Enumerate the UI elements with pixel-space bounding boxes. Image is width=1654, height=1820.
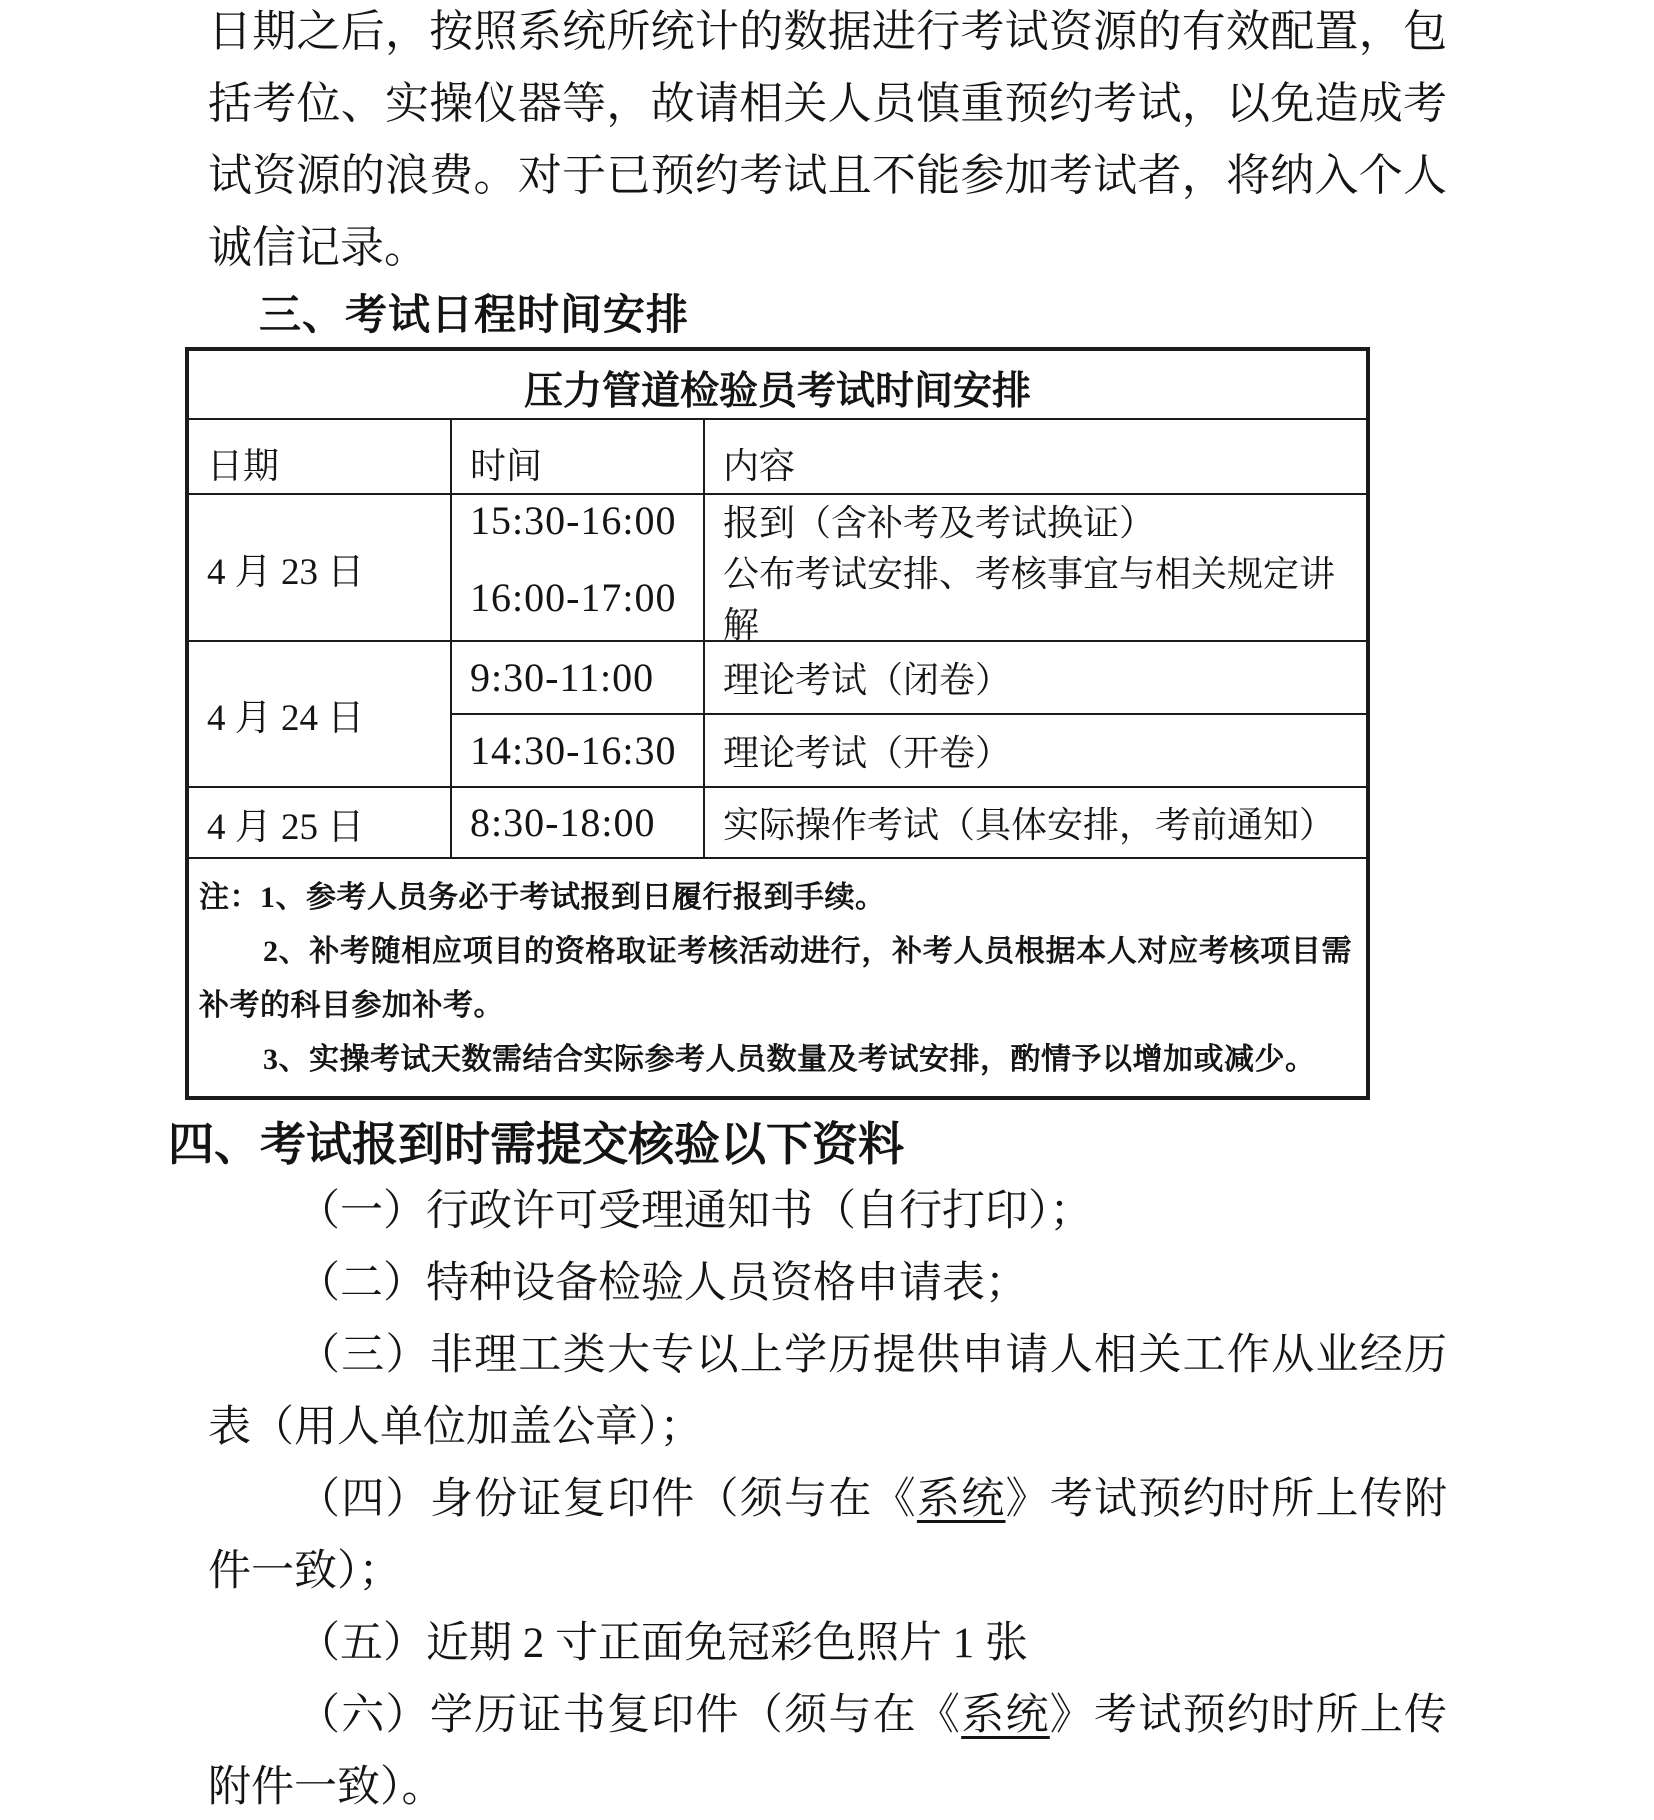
column-header-content: 内容 [705, 420, 1366, 493]
time-cell: 9:30-11:00 [452, 642, 705, 713]
material-item-line: （六）学历证书复印件（须与在《系统》考试预约时所上传 [208, 1680, 1447, 1752]
section-4-heading: 四、考试报到时需提交核验以下资料 [168, 1116, 904, 1172]
table-row-april-25: 4 月 25 日 8:30-18:00 实际操作考试（具体安排，考前通知） [189, 788, 1366, 859]
paragraph-line: 试资源的浪费。对于已预约考试且不能参加考试者，将纳入个人 [208, 140, 1447, 212]
material-item-line: 附件一致）。 [208, 1752, 1447, 1820]
slot: 15:30-16:00 报到（含补考及考试换证） [452, 495, 1366, 546]
note-line: 2、补考随相应项目的资格取证考核活动进行，补考人员根据本人对应考核项目需 [199, 925, 1352, 979]
material-item-line: （二）特种设备检验人员资格申请表； [208, 1248, 1447, 1320]
row-slots: 8:30-18:00 实际操作考试（具体安排，考前通知） [452, 788, 1366, 857]
material-item-line: （一）行政许可受理通知书（自行打印）； [208, 1176, 1447, 1248]
material-item-line: （四）身份证复印件（须与在《系统》考试预约时所上传附 [208, 1464, 1447, 1536]
content-cell: 理论考试（开卷） [705, 715, 1366, 786]
table-notes: 注：1、参考人员务必于考试报到日履行报到手续。 2、补考随相应项目的资格取证考核… [189, 859, 1366, 1096]
note-line: 注：1、参考人员务必于考试报到日履行报到手续。 [199, 871, 1352, 925]
slot: 9:30-11:00 理论考试（闭卷） [452, 642, 1366, 713]
column-header-date: 日期 [189, 420, 452, 493]
content-cell: 公布考试安排、考核事宜与相关规定讲解 [705, 546, 1366, 648]
paragraph-line: 日期之后，按照系统所统计的数据进行考试资源的有效配置，包 [208, 0, 1447, 68]
table-row-april-24: 4 月 24 日 9:30-11:00 理论考试（闭卷） 14:30-16:30… [189, 642, 1366, 788]
column-header-time: 时间 [452, 420, 705, 493]
materials-list: （一）行政许可受理通知书（自行打印）； （二）特种设备检验人员资格申请表； （三… [208, 1176, 1447, 1820]
table-row-april-23: 4 月 23 日 15:30-16:00 报到（含补考及考试换证） 16:00-… [189, 495, 1366, 642]
material-item-line: 件一致）； [208, 1536, 1447, 1608]
intro-paragraph: 日期之后，按照系统所统计的数据进行考试资源的有效配置，包 括考位、实操仪器等，故… [208, 0, 1447, 284]
table-header-row: 日期 时间 内容 [189, 420, 1366, 495]
time-cell: 15:30-16:00 [452, 495, 705, 546]
material-item-line: （五）近期 2 寸正面免冠彩色照片 1 张 [208, 1608, 1447, 1680]
date-cell: 4 月 24 日 [189, 642, 452, 786]
table-title: 压力管道检验员考试时间安排 [189, 351, 1366, 420]
time-cell: 8:30-18:00 [452, 788, 705, 857]
note-line: 3、实操考试天数需结合实际参考人员数量及考试安排，酌情予以增加或减少。 [199, 1033, 1352, 1087]
date-cell: 4 月 25 日 [189, 788, 452, 857]
time-cell: 14:30-16:30 [452, 715, 705, 786]
row-slots: 15:30-16:00 报到（含补考及考试换证） 16:00-17:00 公布考… [452, 495, 1366, 640]
paragraph-line: 括考位、实操仪器等，故请相关人员慎重预约考试，以免造成考 [208, 68, 1447, 140]
time-cell: 16:00-17:00 [452, 546, 705, 648]
exam-schedule-table: 压力管道检验员考试时间安排 日期 时间 内容 4 月 23 日 15:30-16… [185, 347, 1370, 1100]
material-item-line: （三）非理工类大专以上学历提供申请人相关工作从业经历 [208, 1320, 1447, 1392]
slot: 8:30-18:00 实际操作考试（具体安排，考前通知） [452, 788, 1366, 857]
content-cell: 报到（含补考及考试换证） [705, 495, 1366, 546]
slot: 14:30-16:30 理论考试（开卷） [452, 713, 1366, 786]
date-cell: 4 月 23 日 [189, 495, 452, 640]
content-cell: 实际操作考试（具体安排，考前通知） [705, 788, 1366, 857]
material-item-line: 表（用人单位加盖公章）； [208, 1392, 1447, 1464]
note-line: 补考的科目参加补考。 [199, 979, 1352, 1033]
section-3-heading: 三、考试日程时间安排 [259, 289, 689, 341]
paragraph-line: 诚信记录。 [208, 212, 1447, 284]
content-cell: 理论考试（闭卷） [705, 642, 1366, 713]
row-slots: 9:30-11:00 理论考试（闭卷） 14:30-16:30 理论考试（开卷） [452, 642, 1366, 786]
document-page: 日期之后，按照系统所统计的数据进行考试资源的有效配置，包 括考位、实操仪器等，故… [0, 0, 1654, 1820]
slot: 16:00-17:00 公布考试安排、考核事宜与相关规定讲解 [452, 546, 1366, 648]
